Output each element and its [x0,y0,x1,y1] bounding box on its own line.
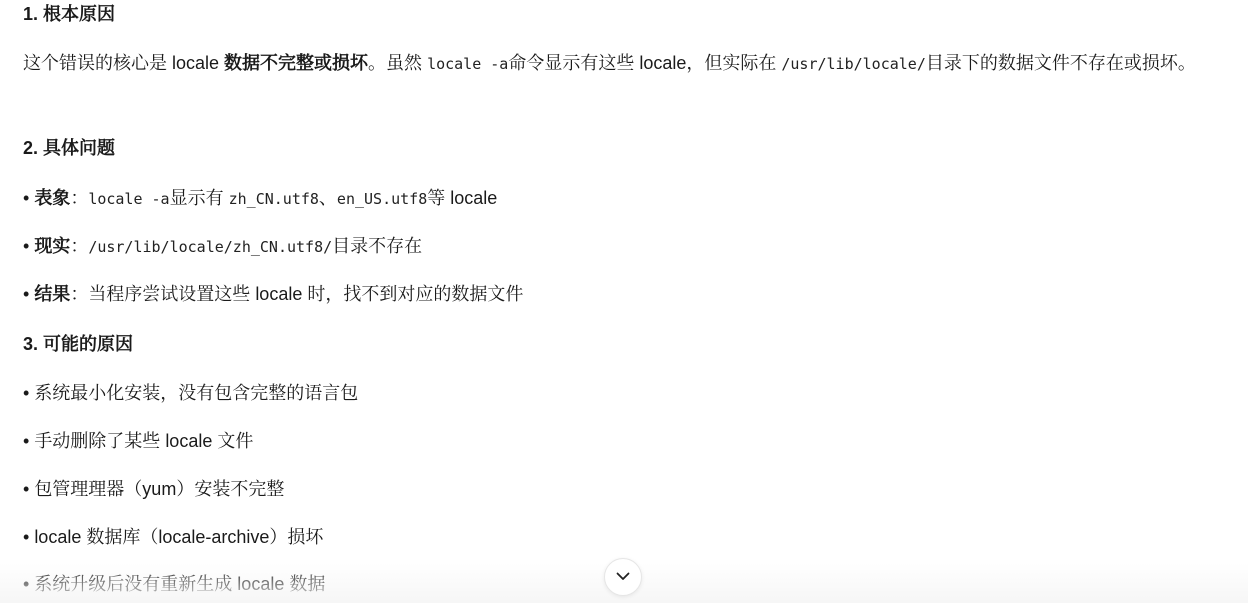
text: 这个错误的核心是 locale [23,53,224,73]
inline-code: /usr/lib/locale/ [781,55,926,73]
inline-code: /usr/lib/locale/zh_CN.utf8/ [88,238,332,256]
inline-code: zh_CN.utf8 [229,190,319,208]
list-item: 手动删除了某些 locale 文件 [23,424,253,458]
inline-code: en_US.utf8 [337,190,427,208]
section-heading-root-cause: 1. 根本原因 [23,0,115,31]
list-item: 表象：locale -a显示有 zh_CN.utf8、en_US.utf8等 l… [23,181,497,216]
item-label: 结果 [34,284,70,304]
list-item: 现实：/usr/lib/locale/zh_CN.utf8/目录不存在 [23,229,422,264]
chevron-down-icon [616,568,630,586]
text: 等 locale [427,188,497,208]
scroll-to-bottom-button[interactable] [604,558,642,596]
text: 、 [319,188,337,208]
list-item: 包管理理器（yum）安装不完整 [23,472,284,506]
inline-code: locale -a [88,190,169,208]
item-label: 表象 [34,188,70,208]
text: 当程序尝试设置这些 locale 时，找不到对应的数据文件 [88,284,523,304]
text: 命令显示有这些 locale，但实际在 [508,53,781,73]
text: ： [70,236,88,256]
list-item: 系统升级后没有重新生成 locale 数据 [23,567,325,601]
section-heading-specific-issue: 2. 具体问题 [23,131,115,165]
section-heading-possible-causes: 3. 可能的原因 [23,327,133,361]
text: 显示有 [170,188,229,208]
text: ： [70,284,88,304]
list-item: 系统最小化安装，没有包含完整的语言包 [23,376,358,410]
list-item: 结果：当程序尝试设置这些 locale 时，找不到对应的数据文件 [23,277,523,311]
inline-code: locale -a [427,55,508,73]
text: 目录下的数据文件不存在或损坏。 [926,53,1196,73]
text: 。虽然 [368,53,427,73]
text: ： [70,188,88,208]
list-item: locale 数据库（locale-archive）损坏 [23,520,323,554]
item-label: 现实 [34,236,70,256]
root-cause-paragraph: 这个错误的核心是 locale 数据不完整或损坏。虽然 locale -a命令显… [23,46,1223,81]
bold-text: 数据不完整或损坏 [224,53,368,73]
text: 目录不存在 [332,236,422,256]
